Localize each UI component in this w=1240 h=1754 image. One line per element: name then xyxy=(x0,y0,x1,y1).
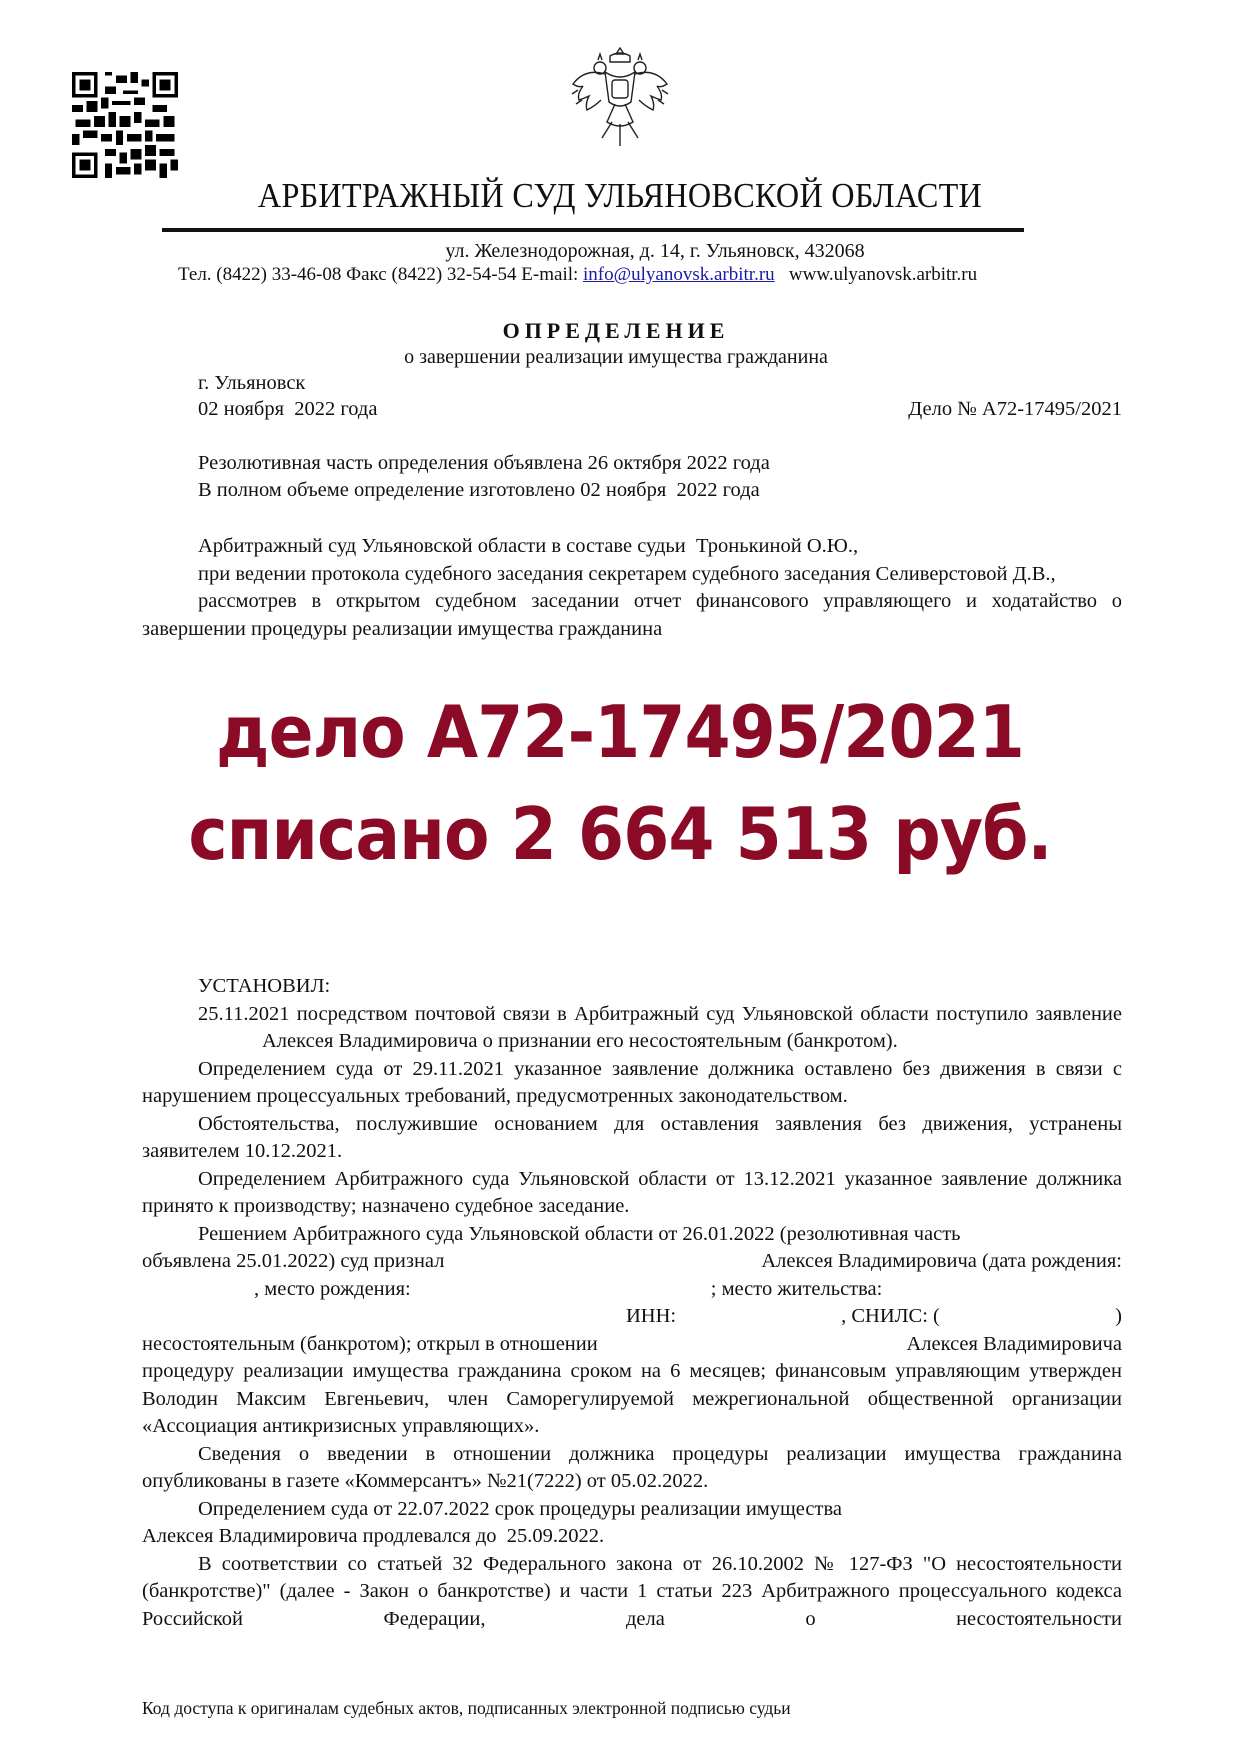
intro-section: Арбитражный суд Ульяновской области в со… xyxy=(142,533,1122,643)
overlay-written-off-amount: списано 2 664 513 руб. xyxy=(50,792,1191,876)
contacts-phone-fax: Тел. (8422) 33-46-08 Факс (8422) 32-54-5… xyxy=(178,264,583,285)
document-subtitle: о завершении реализации имущества гражда… xyxy=(0,346,1232,369)
paragraph-5-line-5: несостоятельным (банкротом); открыл в от… xyxy=(142,1331,1122,1359)
website-text: www.ulyanovsk.arbitr.ru xyxy=(789,264,977,285)
full-text-prepared: В полном объеме определение изготовлено … xyxy=(198,479,760,502)
intro-judge: Арбитражный суд Ульяновской области в со… xyxy=(142,533,1122,561)
intro-secretary: при ведении протокола судебного заседани… xyxy=(142,561,1122,589)
header-divider xyxy=(162,228,1024,232)
overlay-case-number: дело А72-17495/2021 xyxy=(50,690,1191,774)
paragraph-5-line-2: объявлена 25.01.2022) суд призналАлексея… xyxy=(142,1248,1122,1276)
paragraph-5-line-1: Решением Арбитражного суда Ульяновской о… xyxy=(142,1221,1122,1249)
paragraph-8: В соответствии со статьей 32 Федеральног… xyxy=(142,1551,1122,1634)
established-section: УСТАНОВИЛ: 25.11.2021 посредством почтов… xyxy=(142,973,1122,1633)
paragraph-3: Обстоятельства, послужившие основанием д… xyxy=(142,1111,1122,1166)
section-heading: УСТАНОВИЛ: xyxy=(142,973,1122,1001)
coat-of-arms-icon xyxy=(560,42,680,152)
paragraph-6: Сведения о введении в отношении должника… xyxy=(142,1441,1122,1496)
paragraph-1: 25.11.2021 посредством почтовой связи в … xyxy=(142,1001,1122,1056)
paragraph-2: Определением суда от 29.11.2021 указанно… xyxy=(142,1056,1122,1111)
paragraph-7-cont: Алексея Владимировича продлевался до 25.… xyxy=(142,1523,1122,1551)
intro-considered: рассмотрев в открытом судебном заседании… xyxy=(142,588,1122,643)
case-number: Дело № А72-17495/2021 xyxy=(908,398,1122,421)
court-address: ул. Железнодорожная, д. 14, г. Ульяновск… xyxy=(0,240,1240,263)
resolution-announced: Резолютивная часть определения объявлена… xyxy=(198,452,770,475)
paragraph-5-line-4: ИНН:, СНИЛС: () xyxy=(142,1303,1122,1331)
qr-code-icon xyxy=(72,72,178,178)
email-link[interactable]: info@ulyanovsk.arbitr.ru xyxy=(583,264,775,285)
paragraph-5-rest: процедуру реализации имущества гражданин… xyxy=(142,1358,1122,1441)
paragraph-7: Определением суда от 22.07.2022 срок про… xyxy=(142,1496,1122,1524)
court-contacts: Тел. (8422) 33-46-08 Факс (8422) 32-54-5… xyxy=(178,264,977,286)
document-title: ОПРЕДЕЛЕНИЕ xyxy=(0,318,1232,344)
footer-access-code-note: Код доступа к оригиналам судебных актов,… xyxy=(142,1698,791,1719)
paragraph-5-line-3: , место рождения:; место жительства: xyxy=(142,1276,1122,1304)
paragraph-4: Определением Арбитражного суда Ульяновск… xyxy=(142,1166,1122,1221)
court-name: АРБИТРАЖНЫЙ СУД УЛЬЯНОВСКОЙ ОБЛАСТИ xyxy=(50,176,1191,216)
document-city: г. Ульяновск xyxy=(198,372,305,395)
document-date: 02 ноября 2022 года xyxy=(198,398,377,421)
